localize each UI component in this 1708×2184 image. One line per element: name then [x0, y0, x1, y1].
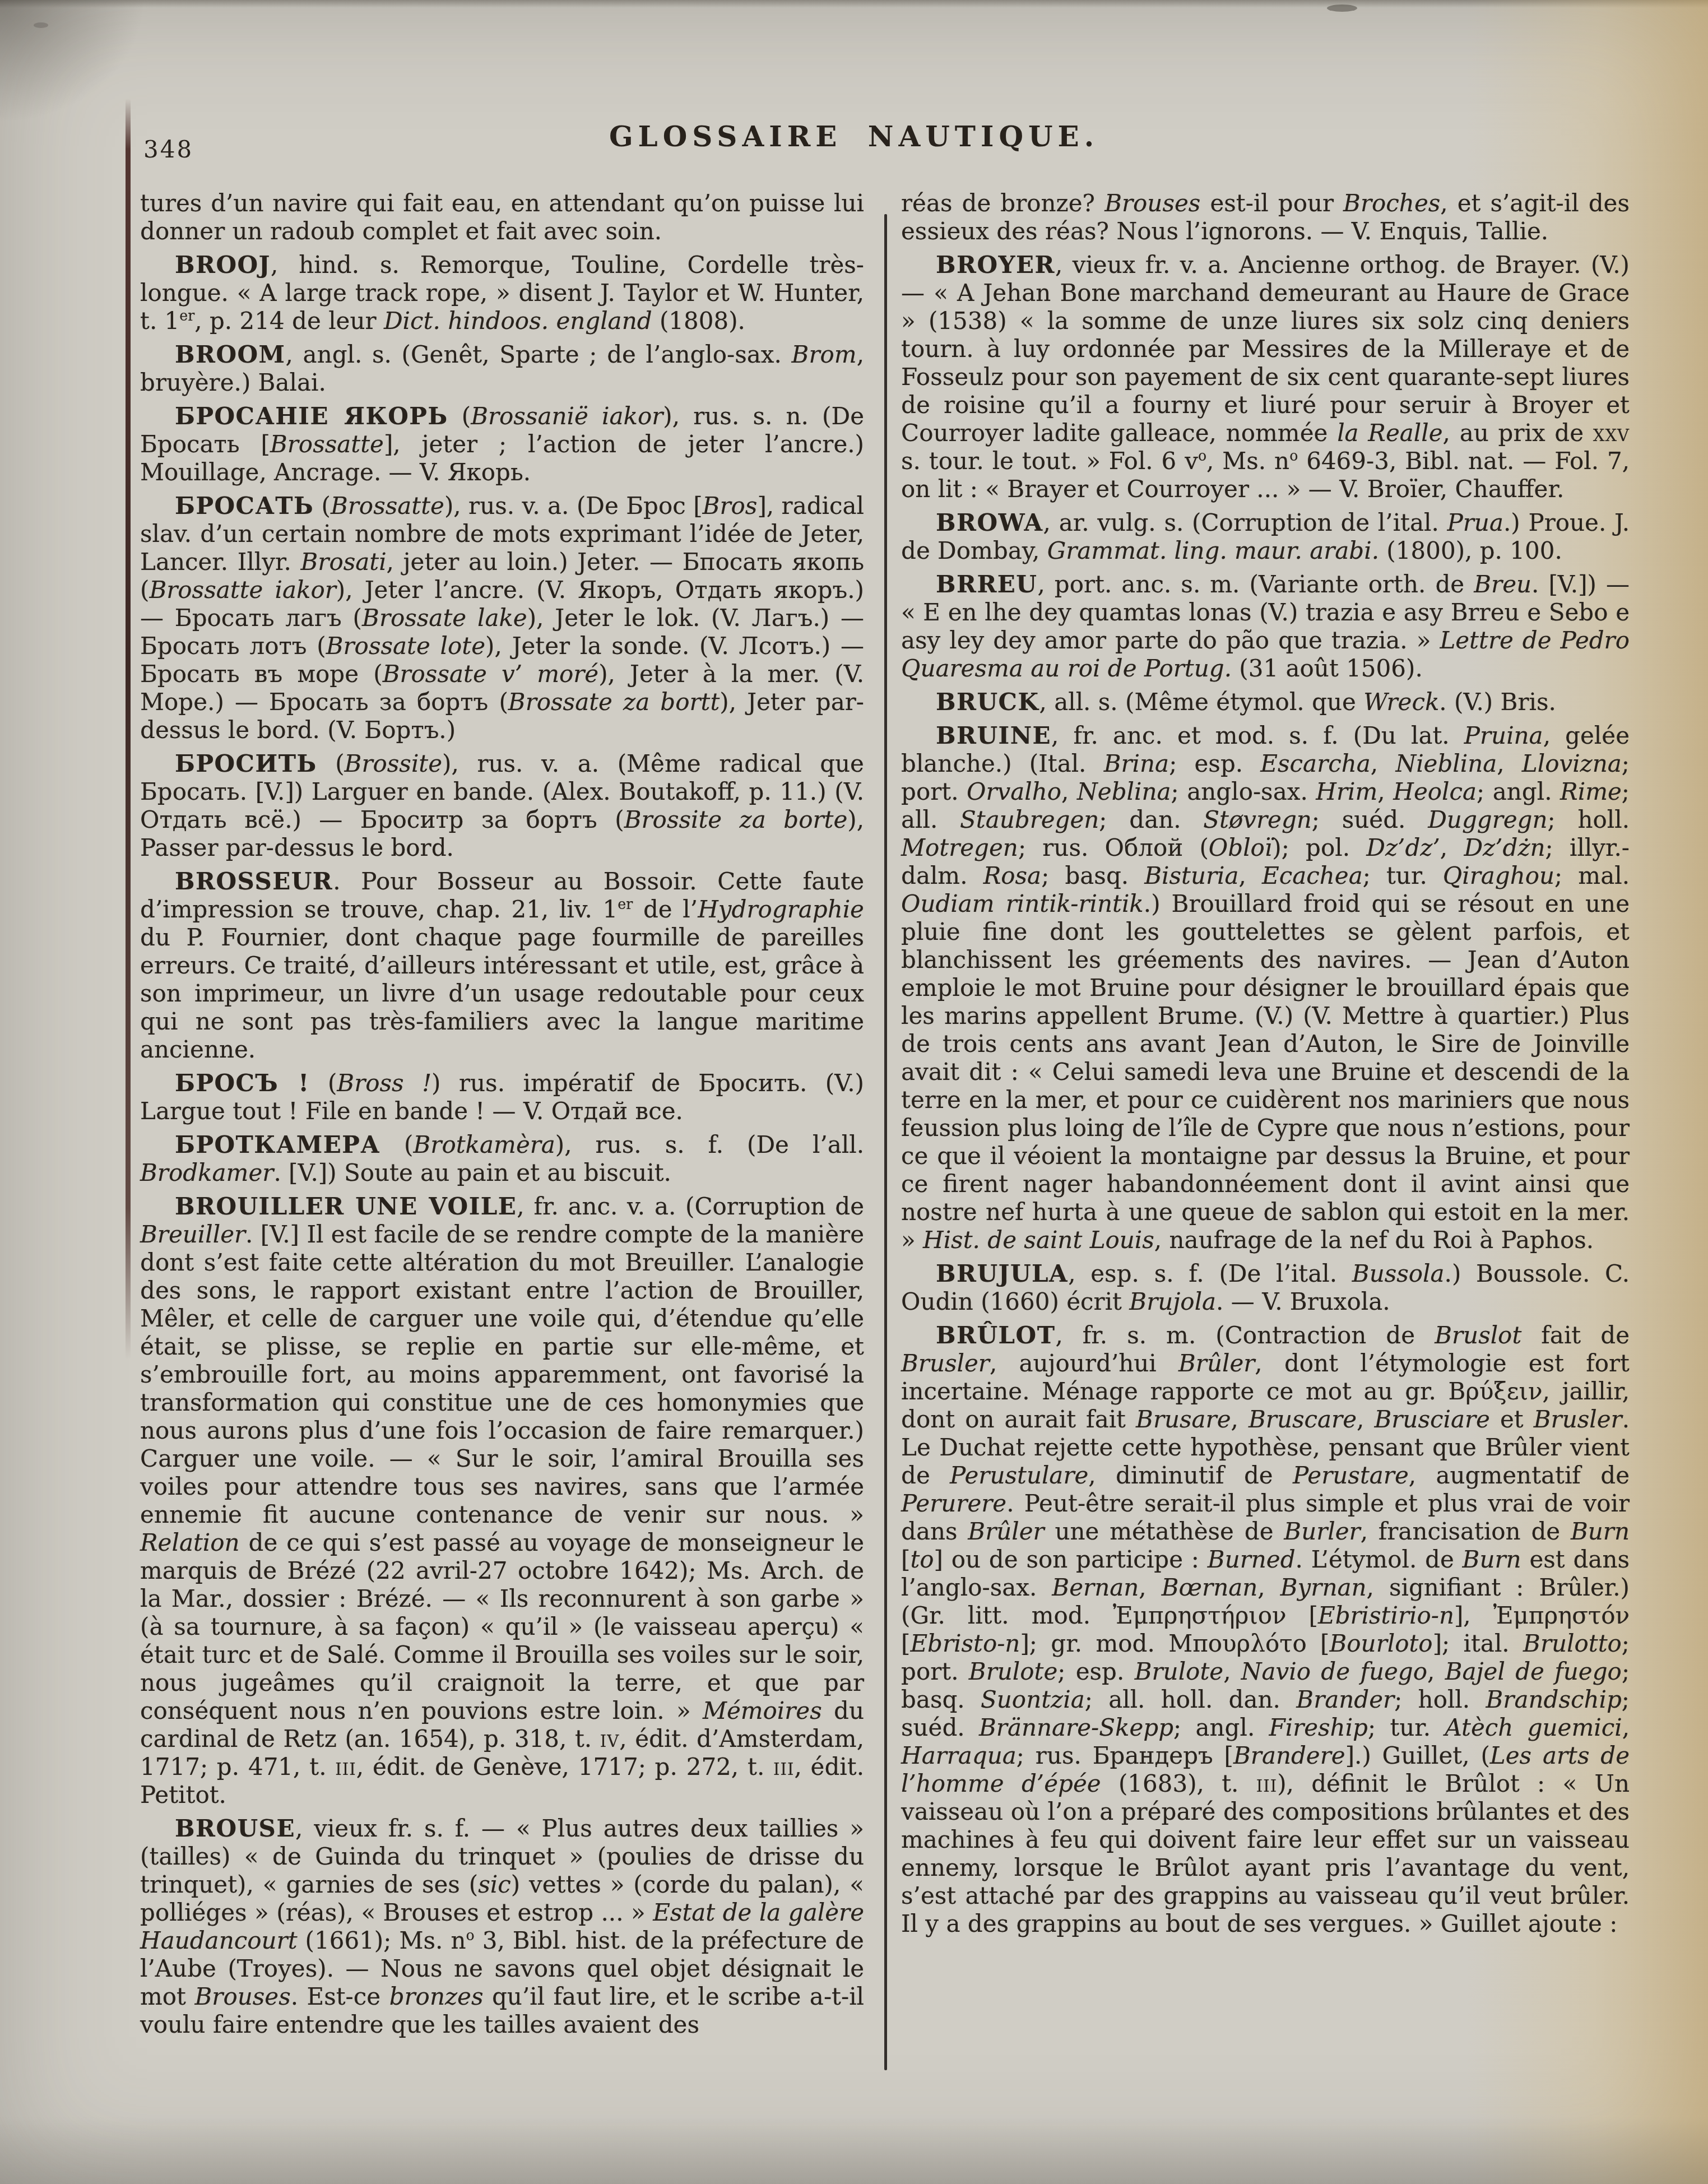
entry-headword: БРОСИТЬ	[175, 750, 317, 777]
glossary-entry: BROUSE, vieux fr. s. f. — « Plus autres …	[140, 1815, 864, 2039]
entry-headword: BRÛLOT	[936, 1321, 1055, 1349]
entry-headword: BROUSE	[175, 1815, 295, 1842]
column-divider-rule	[884, 214, 887, 2070]
right-column: réas de bronze? Brouses est-il pour Broc…	[901, 189, 1630, 1944]
running-title: GLOSSAIRE NAUTIQUE.	[609, 120, 1099, 153]
glossary-entry: BRREU, port. anc. s. m. (Variante orth. …	[901, 571, 1630, 683]
glossary-entry: réas de bronze? Brouses est-il pour Broc…	[901, 189, 1630, 245]
glossary-entry: BRUCK, all. s. (Même étymol. que Wreck. …	[901, 688, 1630, 716]
glossary-entry: BRUINE, fr. anc. et mod. s. f. (Du lat. …	[901, 722, 1630, 1254]
glossary-entry: BRUJULA, esp. s. f. (De l’ital. Bussola.…	[901, 1260, 1630, 1316]
glossary-entry: БРОСАТЬ (Brossatte), rus. v. a. (De Брос…	[140, 492, 864, 744]
glossary-entry: БРОСИТЬ (Brossite), rus. v. a. (Même rad…	[140, 750, 864, 862]
entry-headword: БРОСАТЬ	[175, 492, 314, 520]
entry-headword: BROOM	[175, 341, 286, 368]
glossary-entry: BRÛLOT, fr. s. m. (Contraction de Bruslo…	[901, 1321, 1630, 1938]
entry-headword: BROYER	[936, 251, 1055, 279]
glossary-entry: BROUILLER UNE VOILE, fr. anc. v. a. (Cor…	[140, 1193, 864, 1809]
page-number: 348	[143, 136, 193, 163]
glossary-entry: БРОСАНIЕ ЯКОРЬ (Brossanië iakor), rus. s…	[140, 402, 864, 486]
scan-bottom-shadow	[0, 2117, 1708, 2184]
entry-headword: БРОСАНIЕ ЯКОРЬ	[175, 402, 448, 430]
glossary-entry: tures d’un navire qui fait eau, en atten…	[140, 189, 864, 245]
scan-top-edge-shadow	[0, 0, 1708, 8]
entry-headword: BRUINE	[936, 722, 1051, 749]
left-column: tures d’un navire qui fait eau, en atten…	[140, 189, 864, 2044]
entry-headword: BROWA	[936, 509, 1043, 536]
entry-headword: BRUCK	[936, 688, 1039, 716]
entry-headword: BRREU	[936, 571, 1037, 598]
scan-speck	[1327, 4, 1357, 12]
entry-headword: BROUILLER UNE VOILE	[175, 1193, 517, 1220]
glossary-entry: BROWA, ar. vulg. s. (Corruption de l’ita…	[901, 509, 1630, 565]
glossary-entry: BROSSEUR. Pour Bosseur au Bossoir. Cette…	[140, 868, 864, 1064]
glossary-entry: БРОТКАМЕРА (Brotkamèra), rus. s. f. (De …	[140, 1131, 864, 1187]
scan-edge-artifact-line	[126, 99, 131, 1360]
scan-speck	[34, 22, 48, 28]
glossary-entry: БРОСЪ ! (Bross !) rus. impératif de Брос…	[140, 1069, 864, 1125]
entry-headword: BROSSEUR	[175, 868, 333, 895]
glossary-entry: BROYER, vieux fr. v. a. Ancienne orthog.…	[901, 251, 1630, 503]
entry-headword: БРОСЪ !	[175, 1069, 309, 1097]
glossary-entry: BROOJ, hind. s. Remorque, Touline, Corde…	[140, 251, 864, 335]
entry-headword: BROOJ	[175, 251, 271, 279]
scanned-book-page: { "page": { "number": "348", "title": "G…	[0, 0, 1708, 2184]
scan-corner-shadow	[0, 0, 146, 123]
entry-headword: BRUJULA	[936, 1260, 1068, 1287]
entry-headword: БРОТКАМЕРА	[175, 1131, 380, 1158]
glossary-entry: BROOM, angl. s. (Genêt, Sparte ; de l’an…	[140, 341, 864, 397]
